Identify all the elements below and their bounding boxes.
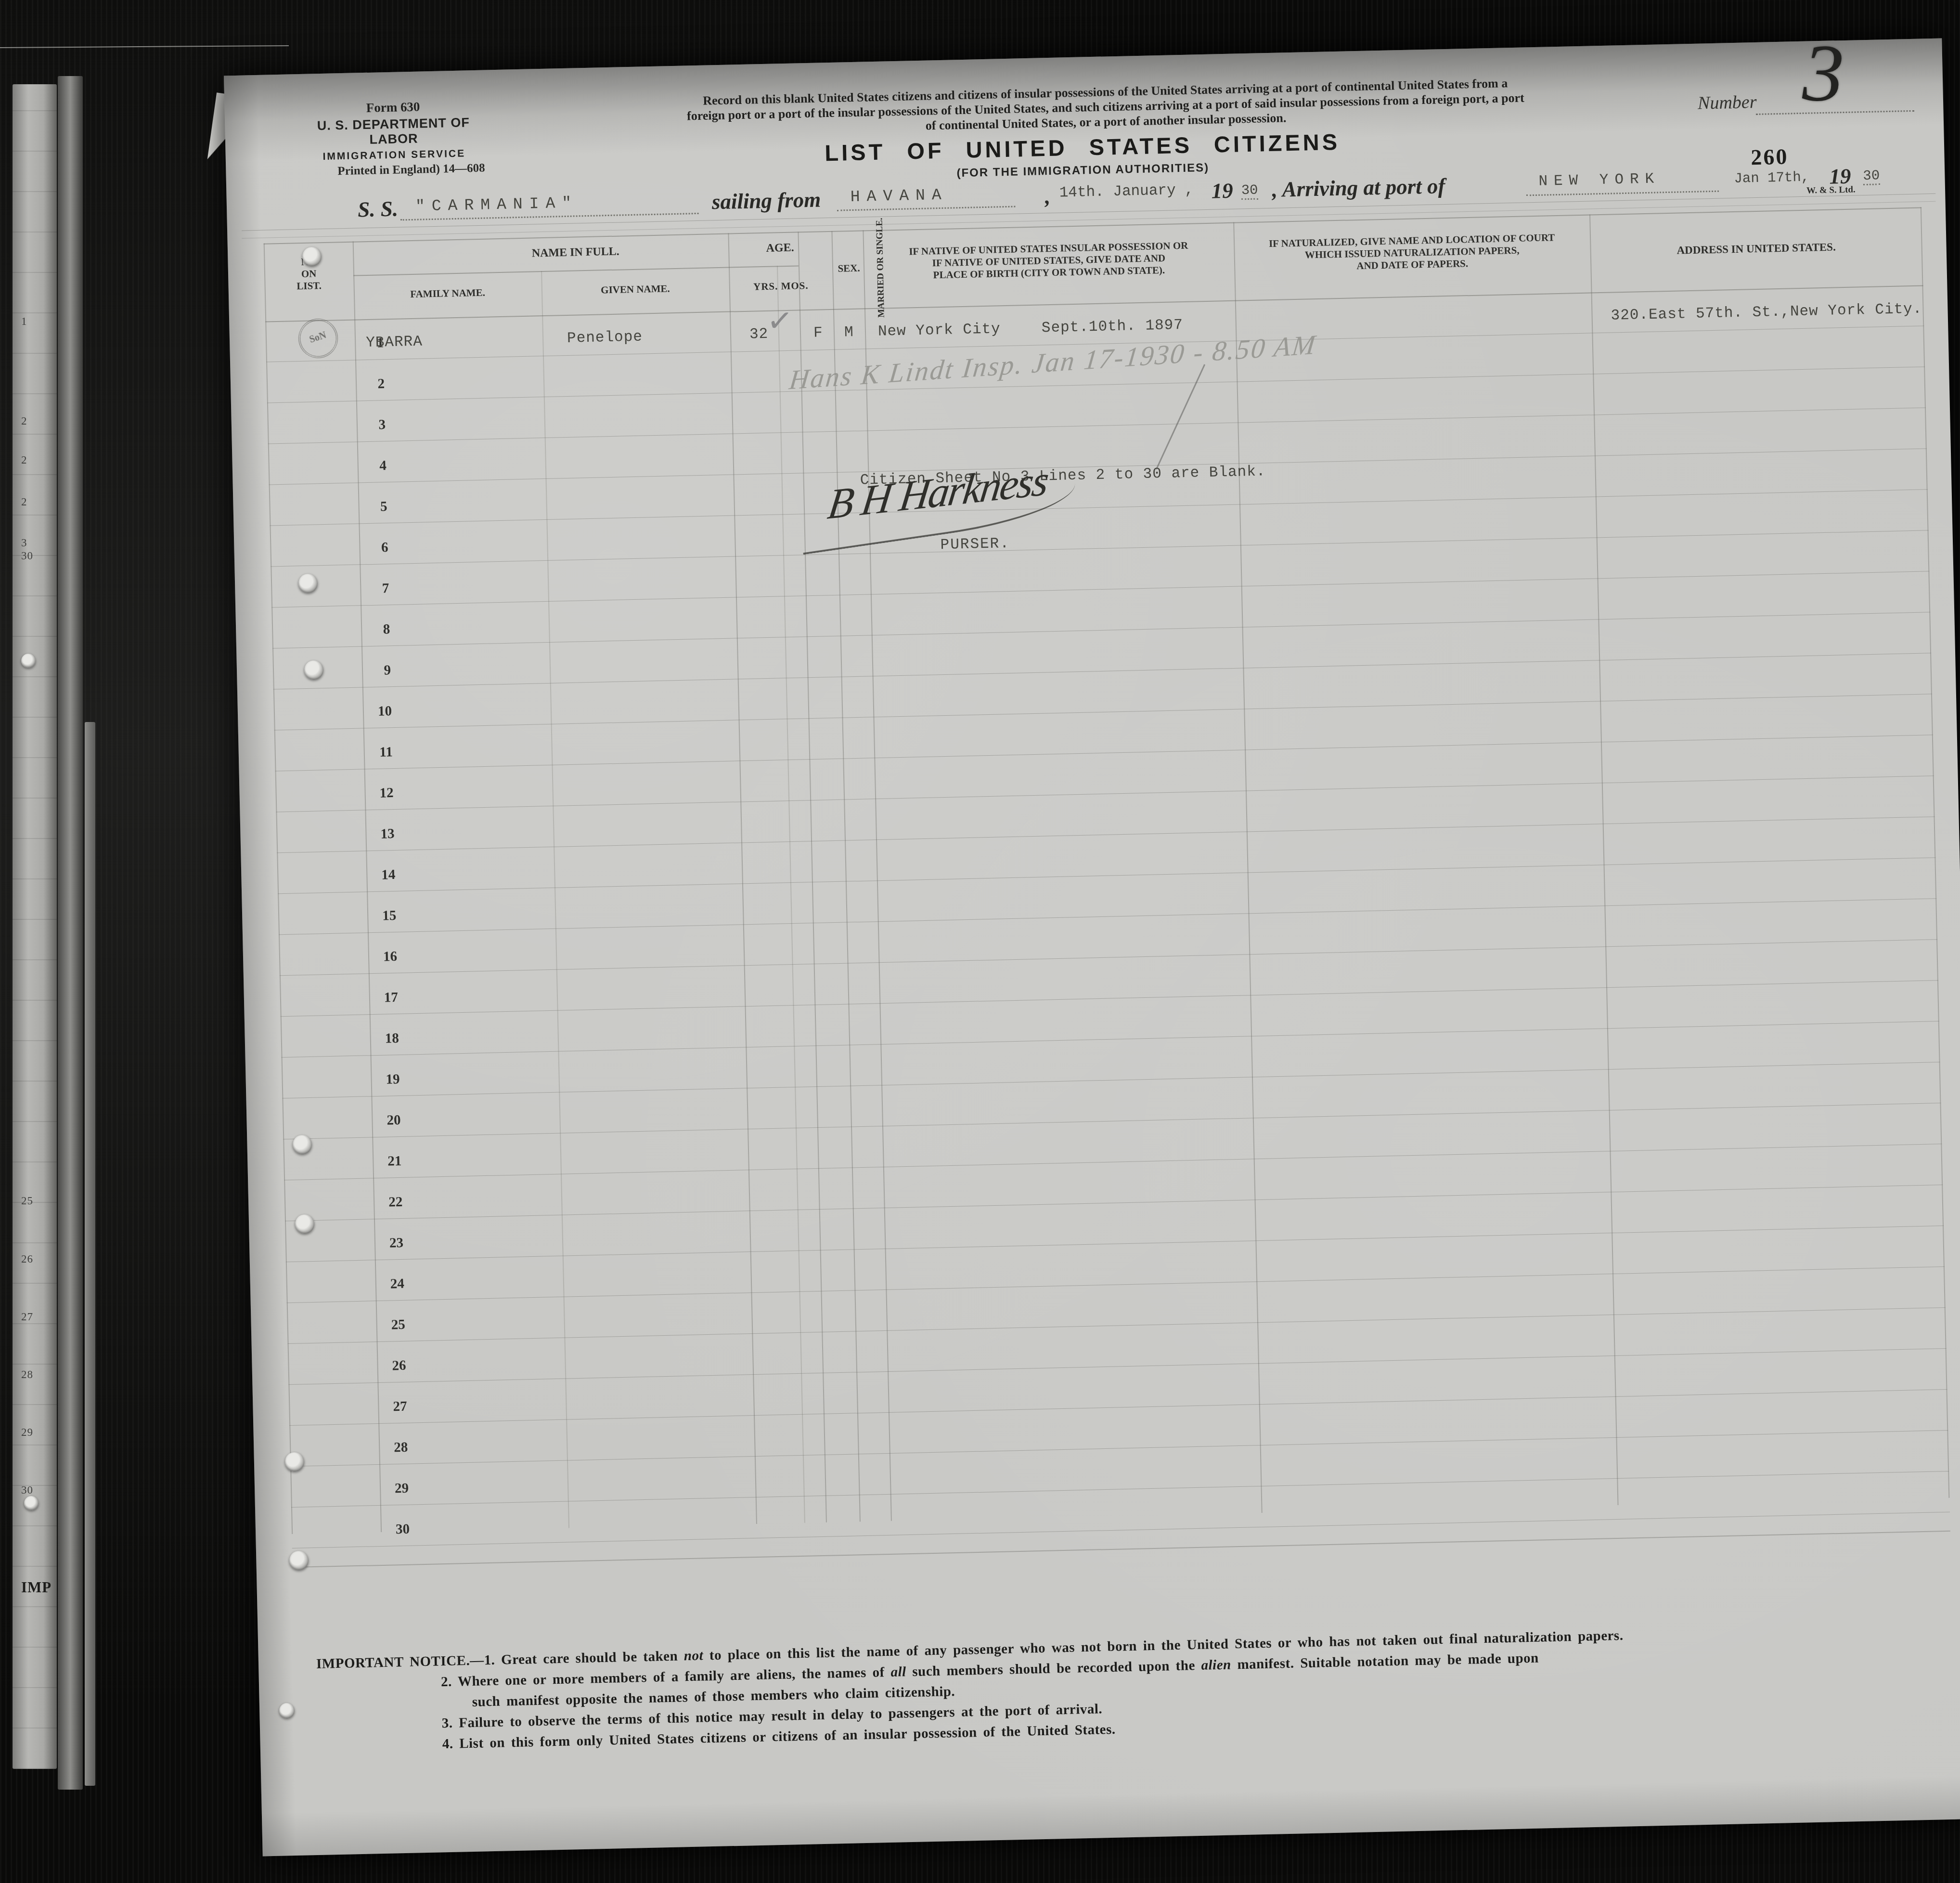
manifest-sheet: Form 630 U. S. DEPARTMENT OF LABOR IMMIG… (224, 39, 1960, 1857)
row-number: 10 (353, 703, 392, 720)
service-name: IMMIGRATION SERVICE (303, 148, 486, 163)
arrive-date: Jan 17th, (1734, 169, 1809, 187)
row-number: 26 (367, 1358, 406, 1375)
page-stack-edge (13, 84, 57, 1769)
row-number: 20 (362, 1112, 401, 1129)
port-to: NEW YORK (1538, 170, 1661, 190)
row-number: 13 (356, 826, 395, 843)
row-number: 21 (363, 1153, 402, 1170)
page-edge-text: 29 (21, 1426, 33, 1439)
row-number: 14 (357, 867, 396, 884)
row-number: 24 (366, 1276, 405, 1293)
row-number: 23 (365, 1235, 404, 1252)
binder-hole (295, 1214, 314, 1234)
row-number: 8 (351, 621, 390, 638)
cell-married-or-single: M (844, 324, 854, 341)
header-naturalized: IF NATURALIZED, GIVE NAME AND LOCATION O… (1234, 231, 1590, 275)
page-edge-text: 2 (21, 496, 27, 508)
scanned-manifest-page: { "form_header": { "form_no": "Form 630"… (0, 0, 1960, 1883)
binder-hole (24, 1496, 39, 1510)
page-edge-text: 3 (21, 537, 27, 549)
row-number: 3 (347, 417, 386, 434)
header-yrs-mos: YRS. MOS. (724, 279, 838, 294)
cell-age-years: 32 (749, 326, 769, 343)
ship-name: "CARMANIA" (415, 194, 579, 215)
page-edge-text: IMP (21, 1579, 52, 1596)
form-id-block: Form 630 U. S. DEPARTMENT OF LABOR IMMIG… (301, 98, 486, 163)
port-from: HAVANA (850, 186, 948, 206)
row-number: 6 (349, 540, 388, 556)
page-edge-text: 30 (21, 550, 33, 562)
cell-sex: F (813, 324, 823, 341)
citizens-table: No.ONLIST. NAME IN FULL. FAMILY NAME. GI… (264, 207, 1950, 1568)
cell-address: 320.East 57th. St.,New York City. (1611, 301, 1922, 324)
binder-hole (304, 660, 323, 680)
sail-year-printed: 19 (1211, 178, 1233, 204)
cell-family-name: YBARRA (366, 334, 423, 352)
page-edge-text: 30 (21, 1484, 33, 1496)
page-stack-edge-3 (85, 722, 95, 1786)
header-address: ADDRESS IN UNITED STATES. (1590, 239, 1922, 258)
row-number: 25 (366, 1317, 405, 1334)
header-native: IF NATIVE OF UNITED STATES INSULAR POSSE… (863, 239, 1234, 283)
page-stack-edge-2 (58, 76, 83, 1790)
page-edge-text: 26 (21, 1253, 33, 1265)
binder-hole (279, 1703, 295, 1718)
row-number: 5 (348, 499, 387, 516)
cell-given-name: Penelope (567, 329, 643, 347)
row-number: 4 (348, 458, 387, 475)
number-label: Number (1698, 91, 1757, 114)
row-number: 29 (370, 1481, 409, 1497)
row-number: 22 (364, 1194, 403, 1211)
binder-hole (302, 247, 322, 266)
binder-hole (298, 574, 318, 593)
cell-birth-place: New York City (878, 321, 1001, 340)
table-rows: 1YBARRAPenelope32FMNew York CitySept.10t… (265, 285, 1949, 1534)
arriving-label: , Arriving at port of (1272, 173, 1445, 202)
binder-hole (285, 1452, 304, 1471)
row-number: 9 (352, 662, 391, 679)
ss-label: S. S. (358, 196, 399, 222)
page-edge-text: 2 (21, 454, 27, 466)
sail-year-typed: 30 (1241, 182, 1258, 200)
form-number: Form 630 (301, 98, 485, 117)
header-given-name: GIVEN NAME. (542, 282, 729, 298)
sail-comma: , (1044, 184, 1050, 209)
row-number: 17 (360, 990, 399, 1006)
binder-hole (293, 1135, 312, 1154)
page-edge-text: 1 (21, 315, 27, 328)
page-edge-text: 28 (21, 1368, 33, 1381)
sailing-from-label: sailing from (711, 187, 821, 214)
handwritten-sheet-number: 3 (1802, 32, 1845, 115)
binder-hole (289, 1551, 309, 1570)
arrive-year-typed: 30 (1863, 168, 1880, 185)
sail-date: 14th. January , (1059, 181, 1194, 201)
printer-note: Printed in England) 14—608 (337, 162, 485, 179)
row-number: 15 (358, 908, 397, 925)
page-edge-text: 25 (21, 1195, 33, 1207)
row-number: 30 (371, 1522, 410, 1538)
row-number: 27 (368, 1399, 407, 1416)
important-notice: IMPORTANT NOTICE.—1. Great care should b… (316, 1618, 1945, 1757)
header-family-name: FAMILY NAME. (354, 285, 542, 302)
row-number: 18 (360, 1031, 399, 1047)
row-number: 7 (350, 580, 389, 597)
page-edge-text: 27 (21, 1311, 33, 1323)
header-age: AGE. (728, 241, 832, 256)
cell-birth-date: Sept.10th. 1897 (1042, 317, 1184, 336)
department-name: U. S. DEPARTMENT OF LABOR (302, 115, 485, 149)
arrive-year-printed: 19 (1829, 164, 1851, 189)
row-number: 28 (369, 1440, 408, 1457)
row-number: 11 (354, 744, 393, 761)
page-edge-text: 2 (21, 415, 27, 427)
row-number: 12 (355, 785, 394, 802)
binder-hole (21, 654, 36, 668)
row-number: 16 (359, 949, 398, 966)
row-number: 19 (361, 1071, 400, 1088)
row-number: 2 (346, 376, 385, 393)
